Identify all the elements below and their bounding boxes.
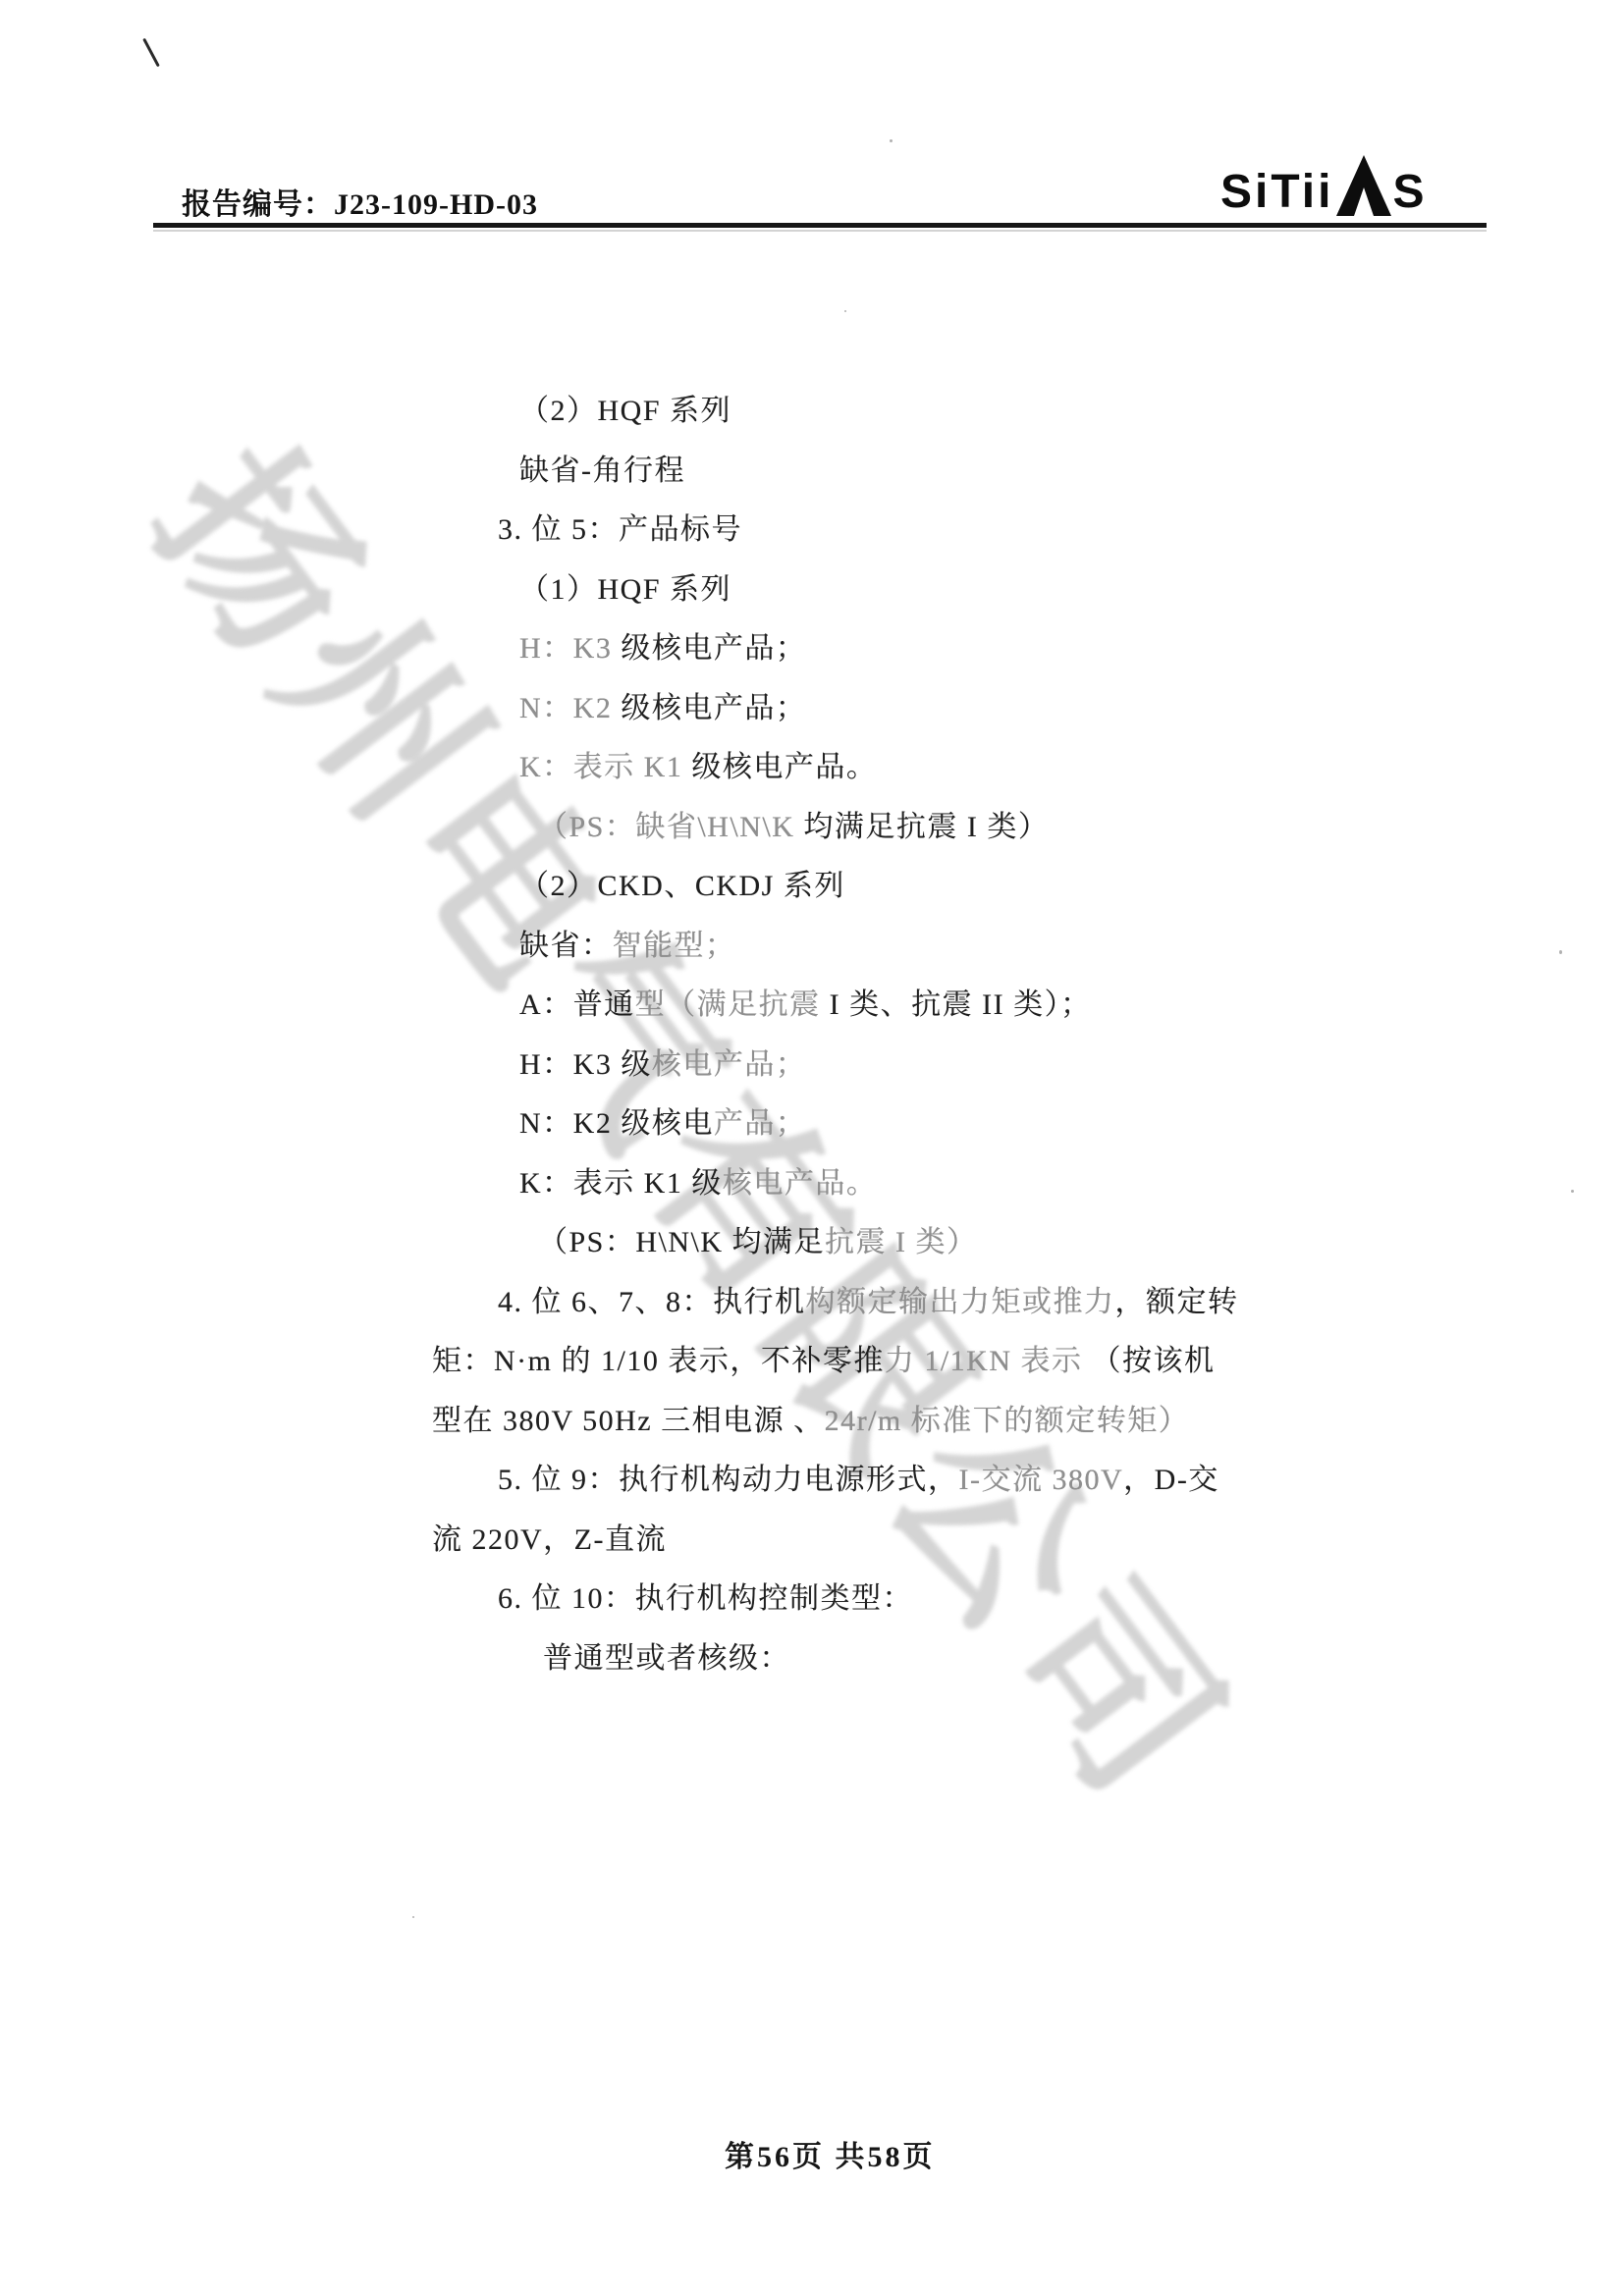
body-line-segment: 流 220V，Z-直流 (432, 1523, 667, 1556)
body-line-segment: A：普通 (519, 988, 635, 1021)
body-line-segment: K：表示 K1 级 (519, 1167, 723, 1200)
body-line-segment: 级核电产品； (621, 632, 806, 665)
logo-letter-a-triangle-icon (1336, 155, 1391, 216)
body-line-segment: 缺省-角行程 (519, 454, 685, 487)
body-line-segment: （PS：H\N\K 均满足 (538, 1226, 825, 1258)
body-line-segment: （按该机 (1083, 1345, 1216, 1377)
body-line-segment: 构额定输出力矩或推力 (806, 1286, 1115, 1318)
body-line: （1）HQF 系列 (0, 564, 1624, 624)
body-line-segment: 缺省： (519, 930, 613, 962)
body-line-segment: 核电产品。 (723, 1167, 878, 1200)
body-line: K：表示 K1 级核电产品。 (0, 1158, 1624, 1218)
body-line-segment: （1）HQF 系列 (519, 573, 731, 606)
scan-speck (844, 310, 846, 312)
body-line: 6. 位 10：执行机构控制类型： (0, 1574, 1624, 1633)
header-divider-shadow (153, 230, 1487, 232)
body-line: 普通型或者核级： (0, 1633, 1624, 1693)
body-line: 缺省：智能型； (0, 921, 1624, 981)
scan-speck (890, 139, 893, 142)
body-line: 3. 位 5：产品标号 (0, 505, 1624, 564)
body-line: H：K3 级核电产品； (0, 1040, 1624, 1099)
body-line-segment: ，额定转 (1115, 1286, 1239, 1318)
body-line-segment: 抗震 I 类） (825, 1226, 978, 1258)
body-line-segment: 核电产品； (652, 1048, 807, 1081)
body-text: （2）HQF 系列缺省-角行程3. 位 5：产品标号（1）HQF 系列H：K3 … (0, 386, 1624, 1692)
body-line-segment: （2）HQF 系列 (519, 395, 731, 427)
body-line-segment: K：表示 K1 (519, 751, 691, 783)
body-line-segment: 级核电产品。 (691, 751, 877, 783)
report-number-line: 报告编号：J23-109-HD-03 (182, 180, 538, 223)
body-line: 5. 位 9：执行机构动力电源形式，I-交流 380V，D-交 (0, 1455, 1624, 1515)
body-line-segment: 均满足抗震 I 类） (803, 811, 1049, 843)
scan-speck (412, 1916, 414, 1918)
body-line-segment: 3. 位 5：产品标号 (498, 513, 742, 546)
body-line-segment: N：K2 (519, 692, 621, 724)
body-line: （2）CKD、CKDJ 系列 (0, 861, 1624, 921)
body-line: H：K3 级核电产品； (0, 623, 1624, 683)
body-line: K：表示 K1 级核电产品。 (0, 742, 1624, 802)
body-line: 型在 380V 50Hz 三相电源 、24r/m 标准下的额定转矩） (0, 1396, 1624, 1456)
body-line-segment: 型（满足抗震 (635, 988, 830, 1021)
body-line: （2）HQF 系列 (0, 386, 1624, 446)
body-line-segment: 6. 位 10：执行机构控制类型： (498, 1582, 913, 1615)
body-line-segment: H：K3 级 (519, 1048, 652, 1081)
logo-text-pre: SiTii (1220, 169, 1333, 216)
body-line-segment: 普通型或者核级： (543, 1642, 790, 1675)
body-line: N：K2 级核电产品； (0, 1098, 1624, 1158)
body-line-segment: 型在 380V 50Hz 三相电源 、 (432, 1405, 825, 1437)
body-line-segment: 矩：N·m 的 1/10 表示，不补零推 (432, 1345, 885, 1377)
body-line-segment: 24r/m 标准下的额定转矩） (825, 1405, 1190, 1437)
scanned-report-page: 扬州电气有限公司 报告编号：J23-109-HD-03 SiTii S （2）H… (0, 0, 1624, 2296)
body-line-segment: 4. 位 6、7、8：执行机 (498, 1286, 806, 1318)
body-line-segment: I 类、抗震 II 类）； (830, 988, 1092, 1021)
body-line: 流 220V，Z-直流 (0, 1515, 1624, 1575)
footer-page-indicator: 第56页 共58页 (725, 2132, 936, 2175)
body-line-segment: N：K2 级核电 (519, 1107, 714, 1140)
sitiias-logo: SiTii S (1220, 155, 1428, 216)
report-number-code: J23-109-HD-03 (334, 188, 538, 221)
logo-text-post: S (1392, 169, 1427, 216)
body-line-segment: ，D-交 (1123, 1464, 1219, 1496)
pen-mark (142, 38, 160, 68)
body-line: 矩：N·m 的 1/10 表示，不补零推力 1/1KN 表示 （按该机 (0, 1336, 1624, 1396)
body-line-segment: 智能型； (613, 930, 736, 962)
body-line-segment: H：K3 (519, 632, 621, 665)
body-line-segment: 5. 位 9：执行机构动力电源形式， (498, 1464, 959, 1496)
body-line-segment: 力 1/1KN 表示 (885, 1345, 1083, 1377)
body-line-segment: （PS：缺省\H\N\K (538, 811, 803, 843)
body-line: （PS：缺省\H\N\K 均满足抗震 I 类） (0, 802, 1624, 862)
report-number-label: 报告编号： (182, 188, 334, 221)
body-line-segment: （2）CKD、CKDJ 系列 (519, 870, 845, 902)
body-line-segment: I-交流 380V (959, 1464, 1124, 1496)
body-line: A：普通型（满足抗震 I 类、抗震 II 类）； (0, 980, 1624, 1040)
header-divider-rule (153, 223, 1487, 228)
body-line-segment: 产品； (714, 1107, 807, 1140)
body-line-segment: 级核电产品； (621, 692, 806, 724)
body-line: 4. 位 6、7、8：执行机构额定输出力矩或推力，额定转 (0, 1277, 1624, 1337)
body-line: 缺省-角行程 (0, 446, 1624, 506)
body-line: （PS：H\N\K 均满足抗震 I 类） (0, 1217, 1624, 1277)
body-line: N：K2 级核电产品； (0, 683, 1624, 743)
